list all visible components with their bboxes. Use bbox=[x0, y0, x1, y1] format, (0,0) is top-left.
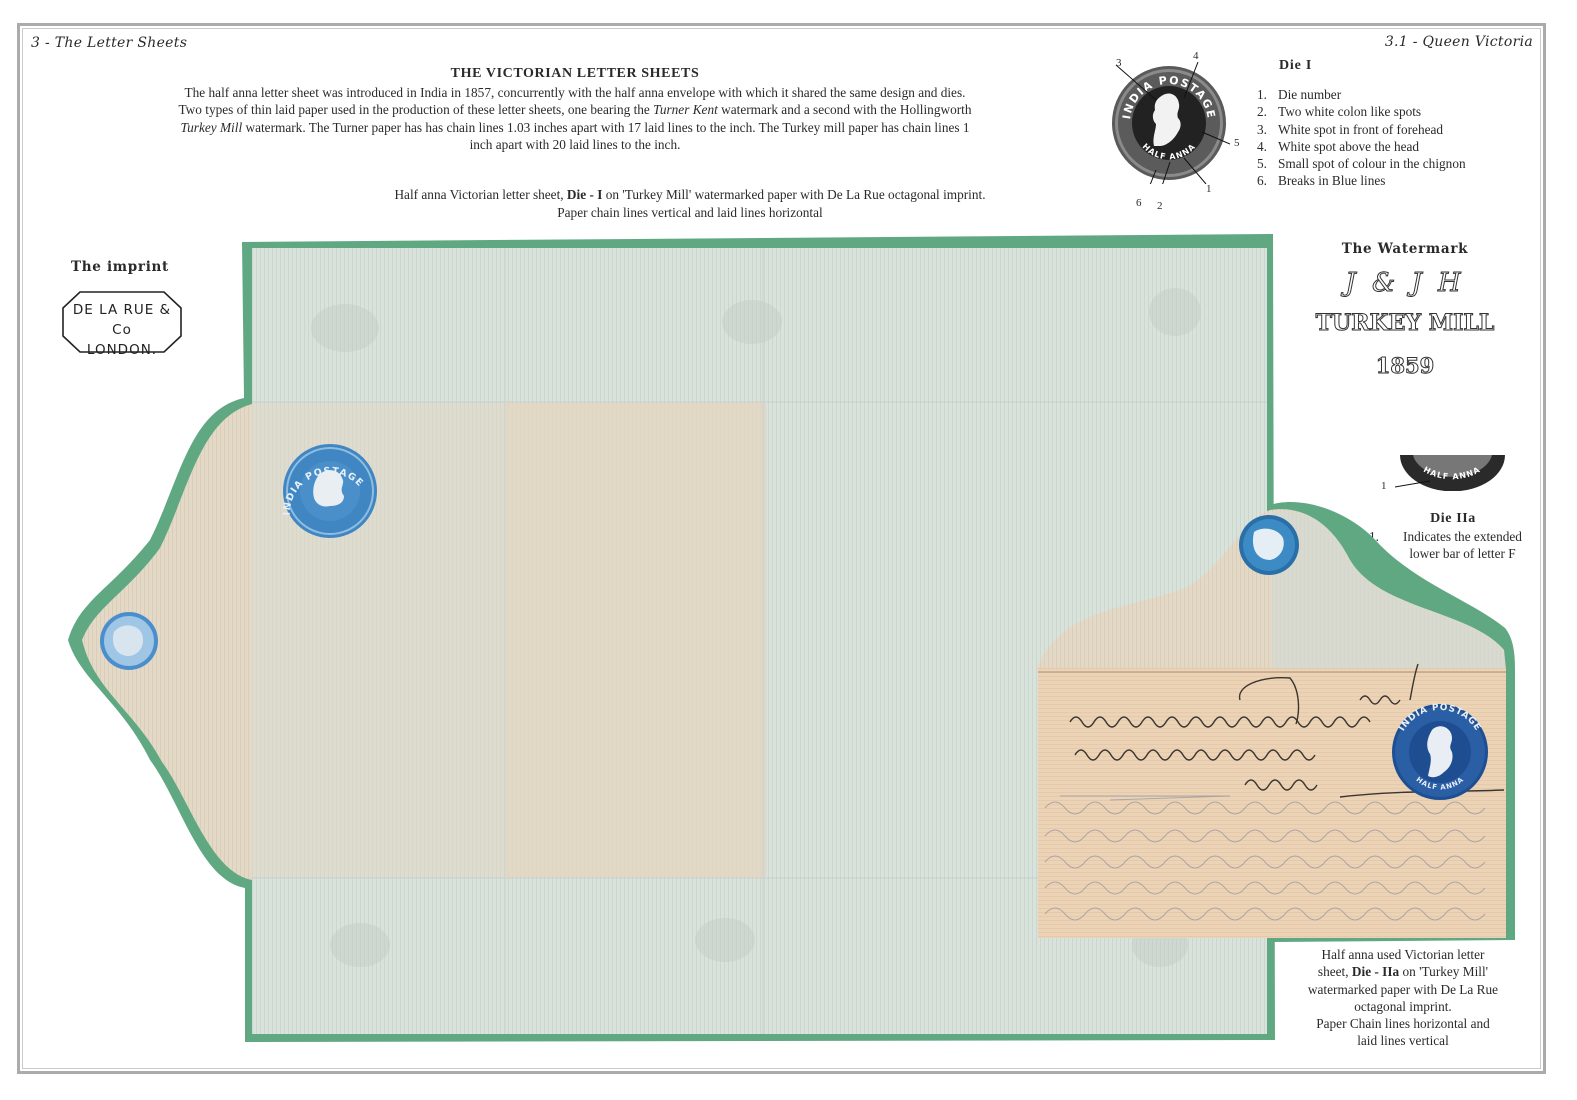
bottom-sheet-caption: Half anna used Victorian letter sheet, D… bbox=[1282, 946, 1524, 1050]
letter-sheets-illustration: INDIA POSTAGE bbox=[0, 0, 1577, 1100]
